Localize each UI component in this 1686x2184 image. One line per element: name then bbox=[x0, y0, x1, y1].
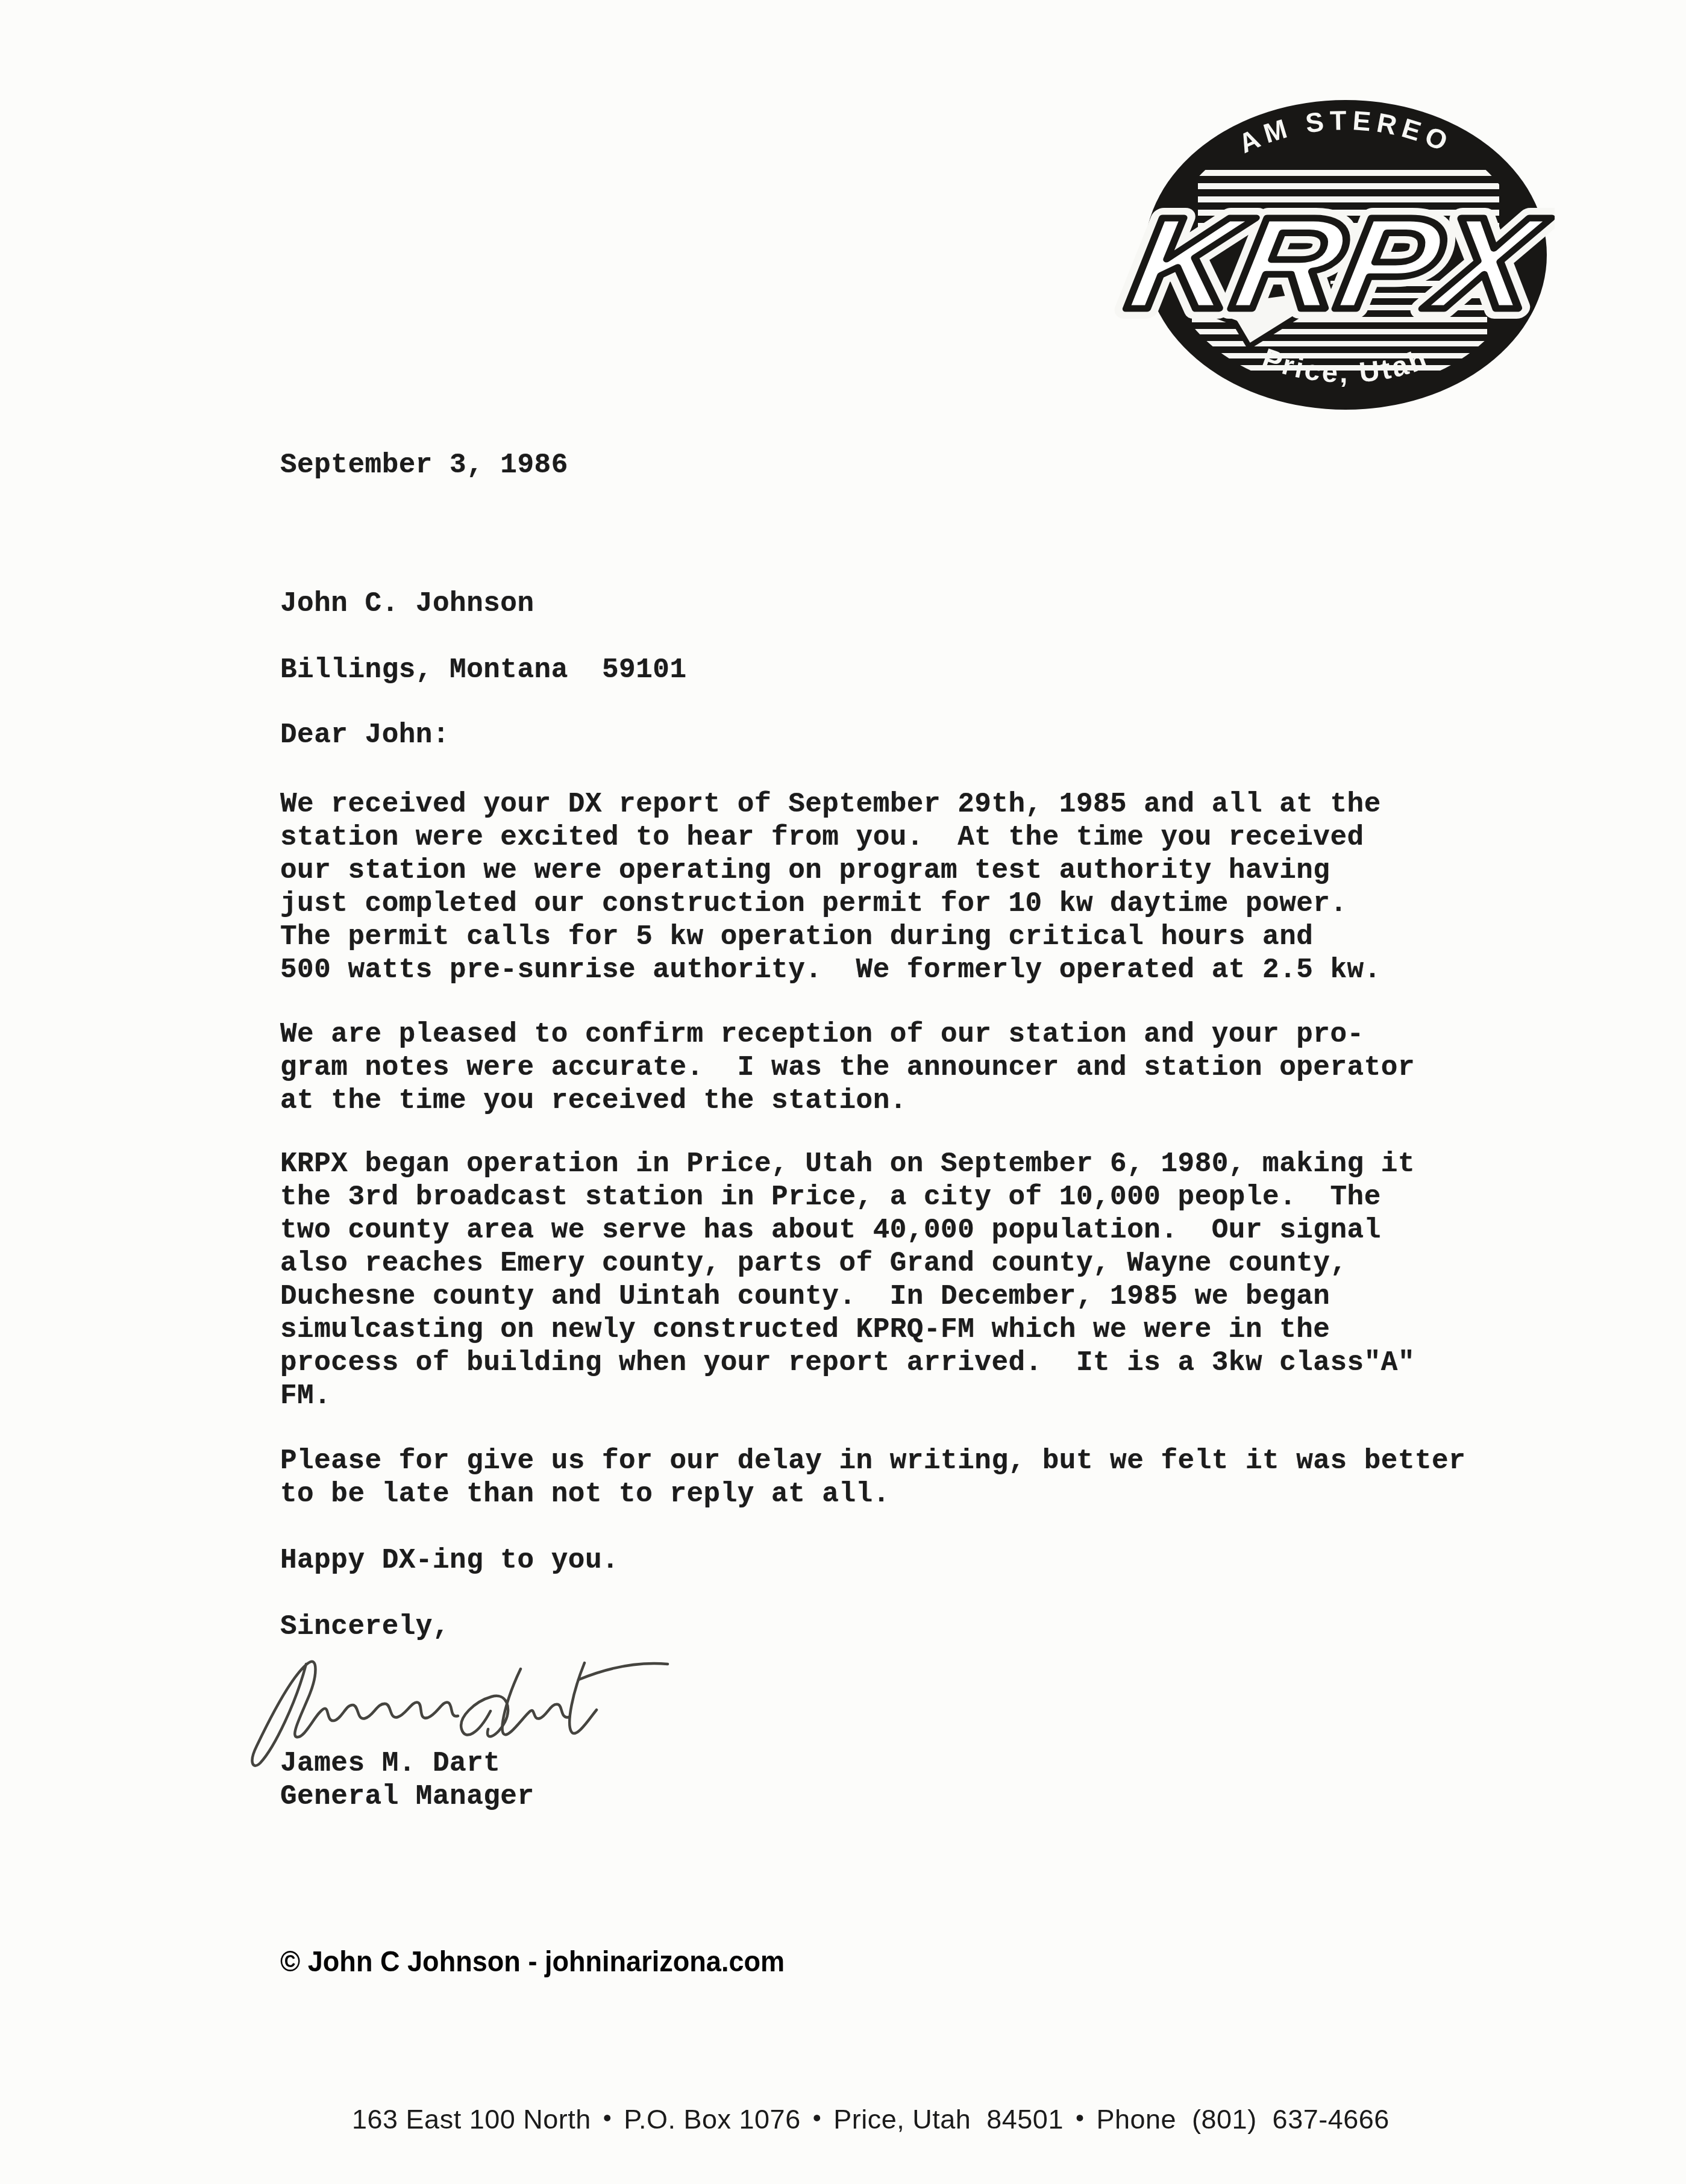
footer-bullet-icon: • bbox=[603, 2105, 612, 2132]
footer-bullet-icon: • bbox=[813, 2105, 822, 2132]
krpx-logo-graphic: AM STEREO Price, Utah KRPX KRPX bbox=[1095, 96, 1555, 415]
logo-call-letters: KRPX KRPX bbox=[1119, 190, 1555, 337]
footer-po-box: P.O. Box 1076 bbox=[624, 2104, 800, 2135]
signed-title: General Manager bbox=[280, 1780, 534, 1813]
recipient-name: John C. Johnson bbox=[280, 587, 534, 621]
letter-date: September 3, 1986 bbox=[280, 449, 568, 482]
letter-paragraph-4: Please for give us for our delay in writ… bbox=[280, 1445, 1465, 1511]
sign-off-line: Happy DX-ing to you. bbox=[280, 1544, 619, 1577]
salutation: Dear John: bbox=[280, 719, 450, 752]
signed-name: James M. Dart bbox=[280, 1747, 500, 1780]
letter-paragraph-3: KRPX began operation in Price, Utah on S… bbox=[280, 1148, 1415, 1413]
copyright-watermark: © John C Johnson - johninarizona.com bbox=[280, 1945, 785, 1979]
footer-phone: Phone (801) 637-4666 bbox=[1096, 2104, 1389, 2135]
footer-street-address: 163 East 100 North bbox=[352, 2104, 591, 2135]
letter-paragraph-1: We received your DX report of September … bbox=[280, 788, 1381, 987]
footer-city-state-zip: Price, Utah 84501 bbox=[833, 2104, 1064, 2135]
footer-bullet-icon: • bbox=[1076, 2105, 1085, 2132]
krpx-station-logo: AM STEREO Price, Utah KRPX KRPX bbox=[1095, 96, 1555, 415]
scanned-letter-page: AM STEREO Price, Utah KRPX KRPX Septembe… bbox=[0, 0, 1686, 2184]
closing: Sincerely, bbox=[280, 1610, 450, 1644]
recipient-city-line: Billings, Montana 59101 bbox=[280, 654, 687, 687]
letterhead-footer: 163 East 100 North•P.O. Box 1076•Price, … bbox=[321, 2073, 1390, 2167]
letter-paragraph-2: We are pleased to confirm reception of o… bbox=[280, 1018, 1415, 1118]
svg-text:KRPX: KRPX bbox=[1119, 190, 1555, 337]
